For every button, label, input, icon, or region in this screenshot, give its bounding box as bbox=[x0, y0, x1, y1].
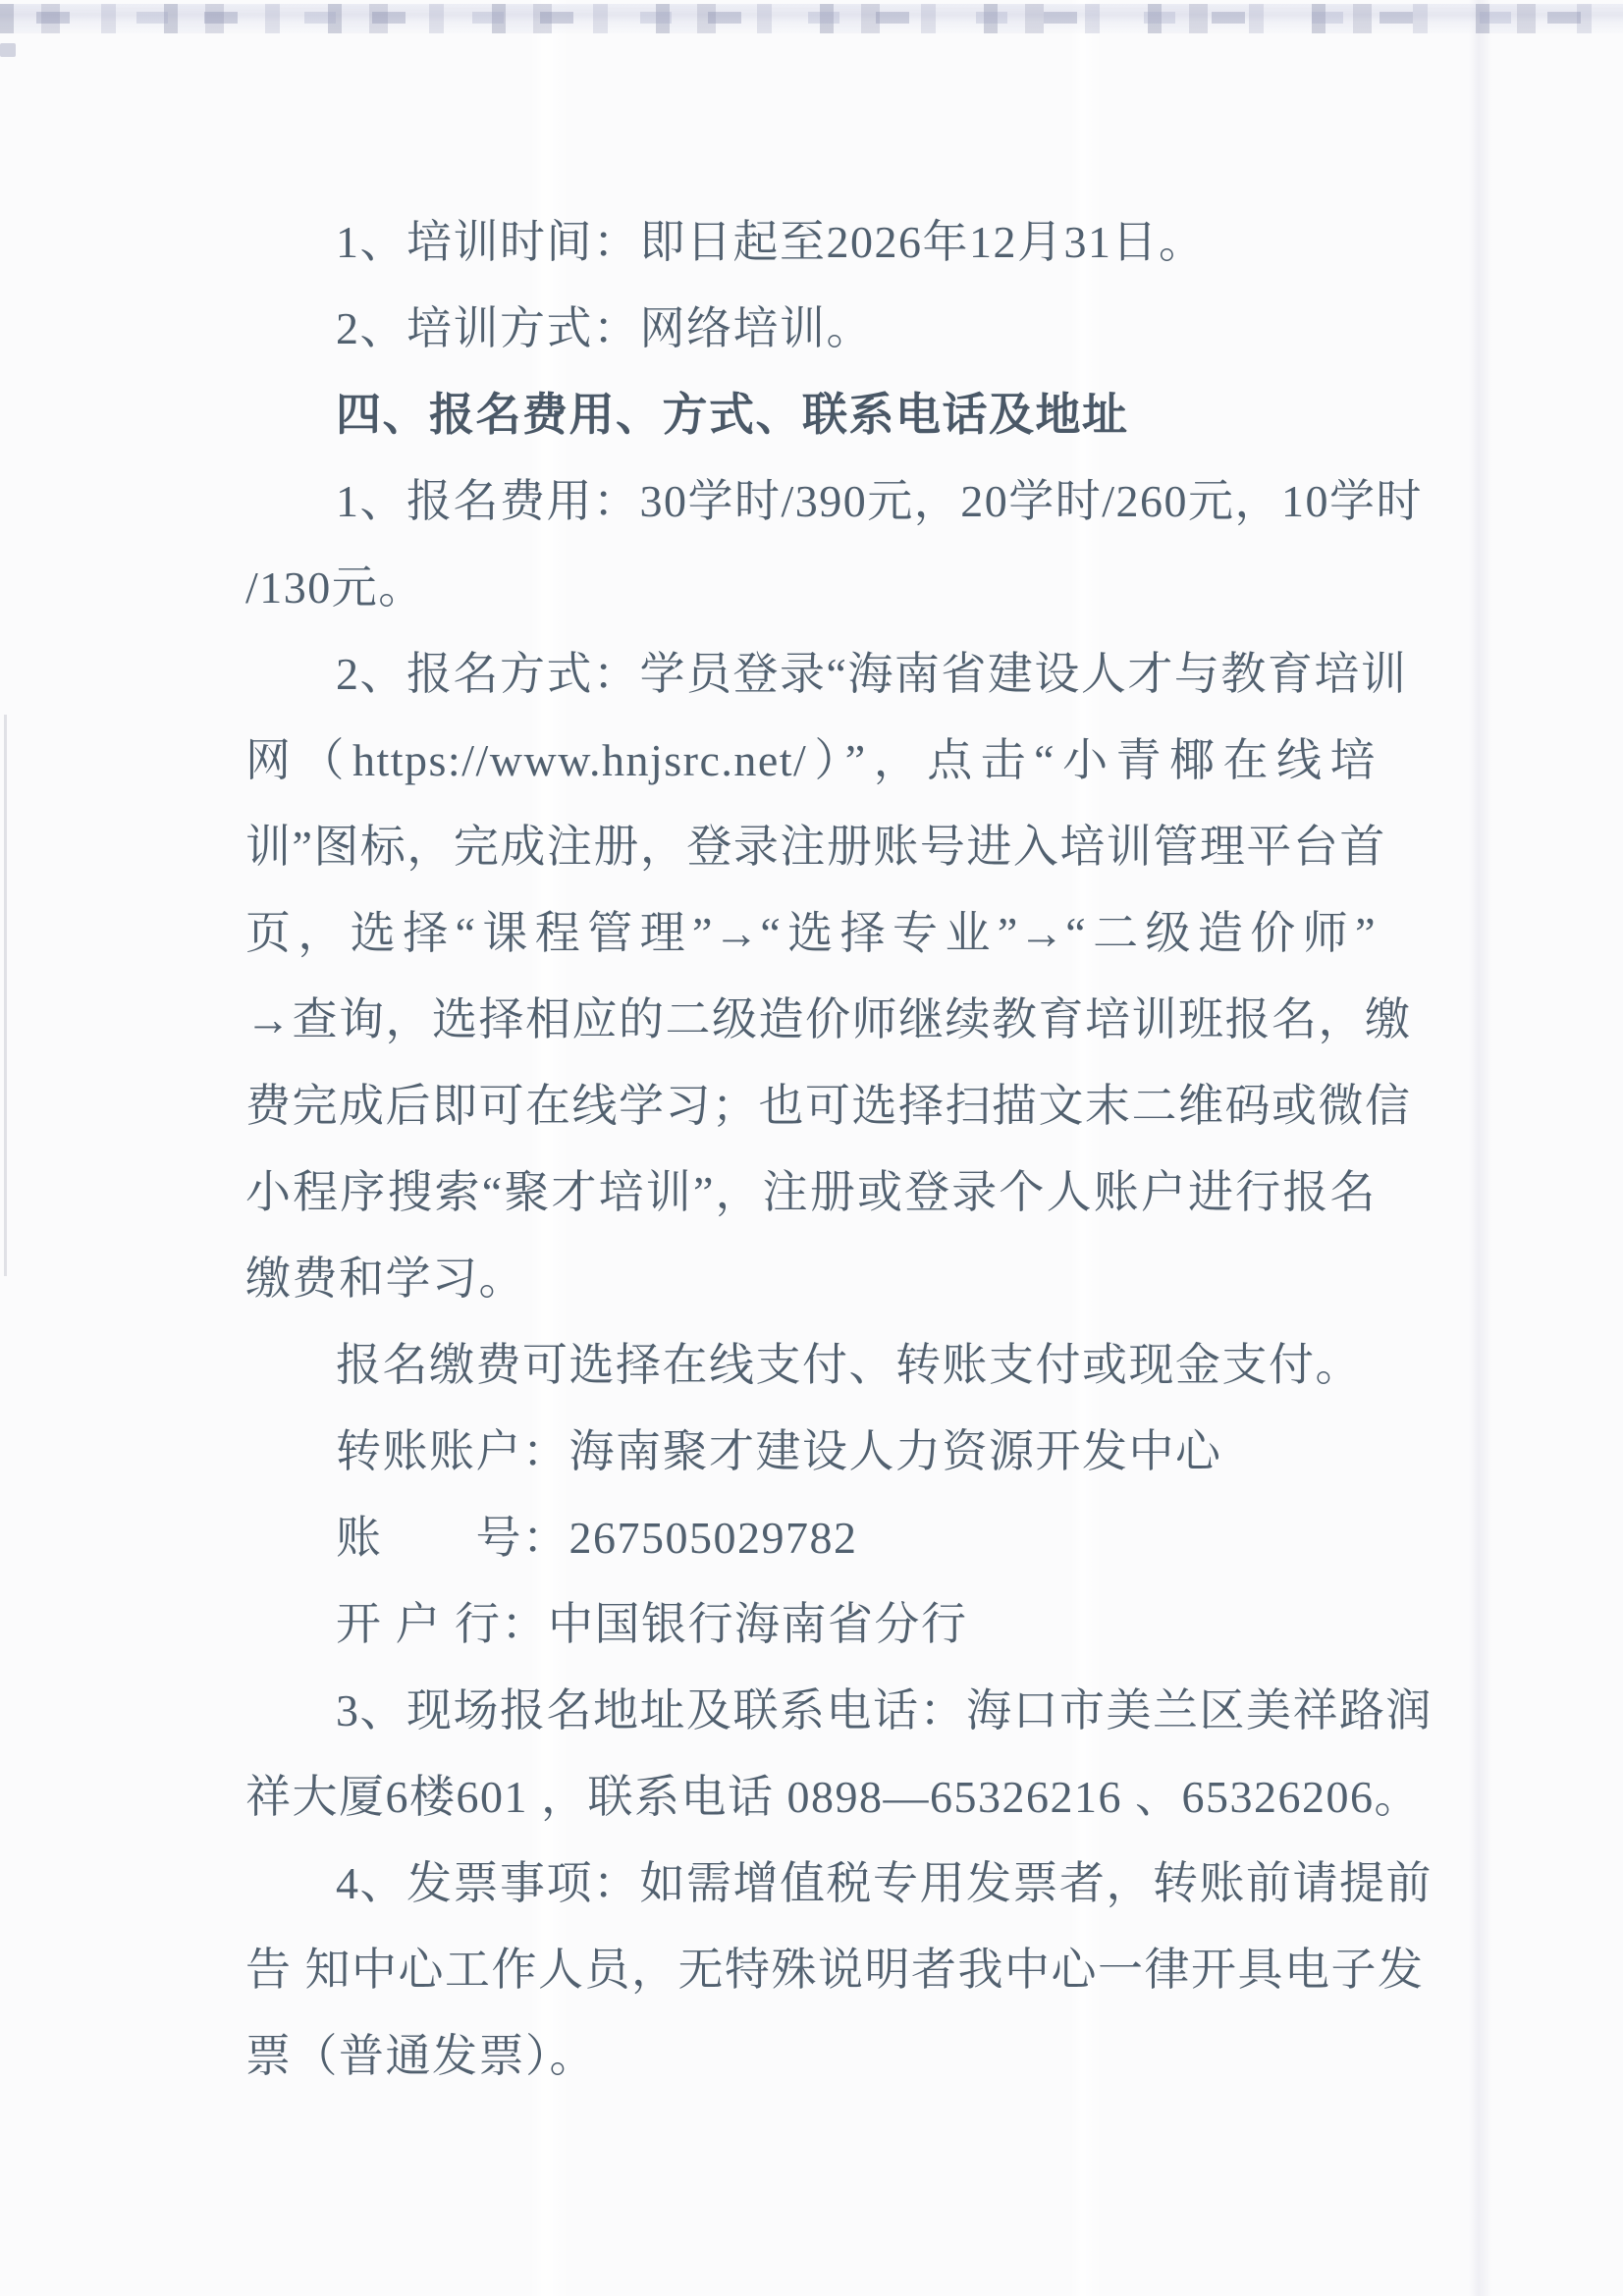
document-text-block: 1、培训时间：即日起至2026年12月31日。 2、培训方式：网络培训。 四、报… bbox=[245, 199, 1377, 2100]
scan-artifact-left-line bbox=[4, 715, 7, 1276]
text-line: 3、现场报名地址及联系电话：海口市美兰区美祥路润 bbox=[245, 1668, 1377, 1754]
text-line: 祥大厦6楼601 ，联系电话 0898—65326216 、65326206。 bbox=[245, 1754, 1377, 1841]
text-line: /130元。 bbox=[245, 545, 1377, 631]
text-line: 网（https://www.hnjsrc.net/）”，点击“小青椰在线培 bbox=[245, 718, 1377, 804]
text-line: 1、培训时间：即日起至2026年12月31日。 bbox=[245, 199, 1377, 286]
text-line: 费完成后即可在线学习；也可选择扫描文末二维码或微信 bbox=[245, 1063, 1377, 1149]
text-line: 小程序搜索“聚才培训”，注册或登录个人账户进行报名 bbox=[245, 1149, 1377, 1236]
text-line: →查询，选择相应的二级造价师继续教育培训班报名，缴 bbox=[245, 977, 1377, 1063]
text-line: 页，选择“课程管理”→“选择专业”→“二级造价师” bbox=[245, 890, 1377, 977]
section-heading: 四、报名费用、方式、联系电话及地址 bbox=[245, 372, 1377, 458]
document-page: 1、培训时间：即日起至2026年12月31日。 2、培训方式：网络培训。 四、报… bbox=[0, 0, 1623, 2296]
text-line: 告 知中心工作人员，无特殊说明者我中心一律开具电子发 bbox=[245, 1927, 1377, 2013]
text-line: 报名缴费可选择在线支付、转账支付或现金支付。 bbox=[245, 1322, 1377, 1409]
text-line: 训”图标，完成注册，登录注册账号进入培训管理平台首 bbox=[245, 804, 1377, 890]
scan-artifact-speck bbox=[0, 43, 16, 57]
text-line: 2、报名方式：学员登录“海南省建设人才与教育培训 bbox=[245, 631, 1377, 718]
text-line: 2、培训方式：网络培训。 bbox=[245, 286, 1377, 372]
scan-artifact-top-edge-dashes bbox=[0, 12, 1623, 24]
text-line: 票（普通发票）。 bbox=[245, 2013, 1377, 2100]
text-line: 开 户 行：中国银行海南省分行 bbox=[245, 1581, 1377, 1668]
text-line: 转账账户：海南聚才建设人力资源开发中心 bbox=[245, 1409, 1377, 1495]
text-line: 4、发票事项：如需增值税专用发票者，转账前请提前 bbox=[245, 1841, 1377, 1927]
text-line: 账 号：267505029782 bbox=[245, 1495, 1377, 1581]
text-line: 1、报名费用：30学时/390元，20学时/260元，10学时 bbox=[245, 458, 1377, 545]
text-line: 缴费和学习。 bbox=[245, 1236, 1377, 1322]
